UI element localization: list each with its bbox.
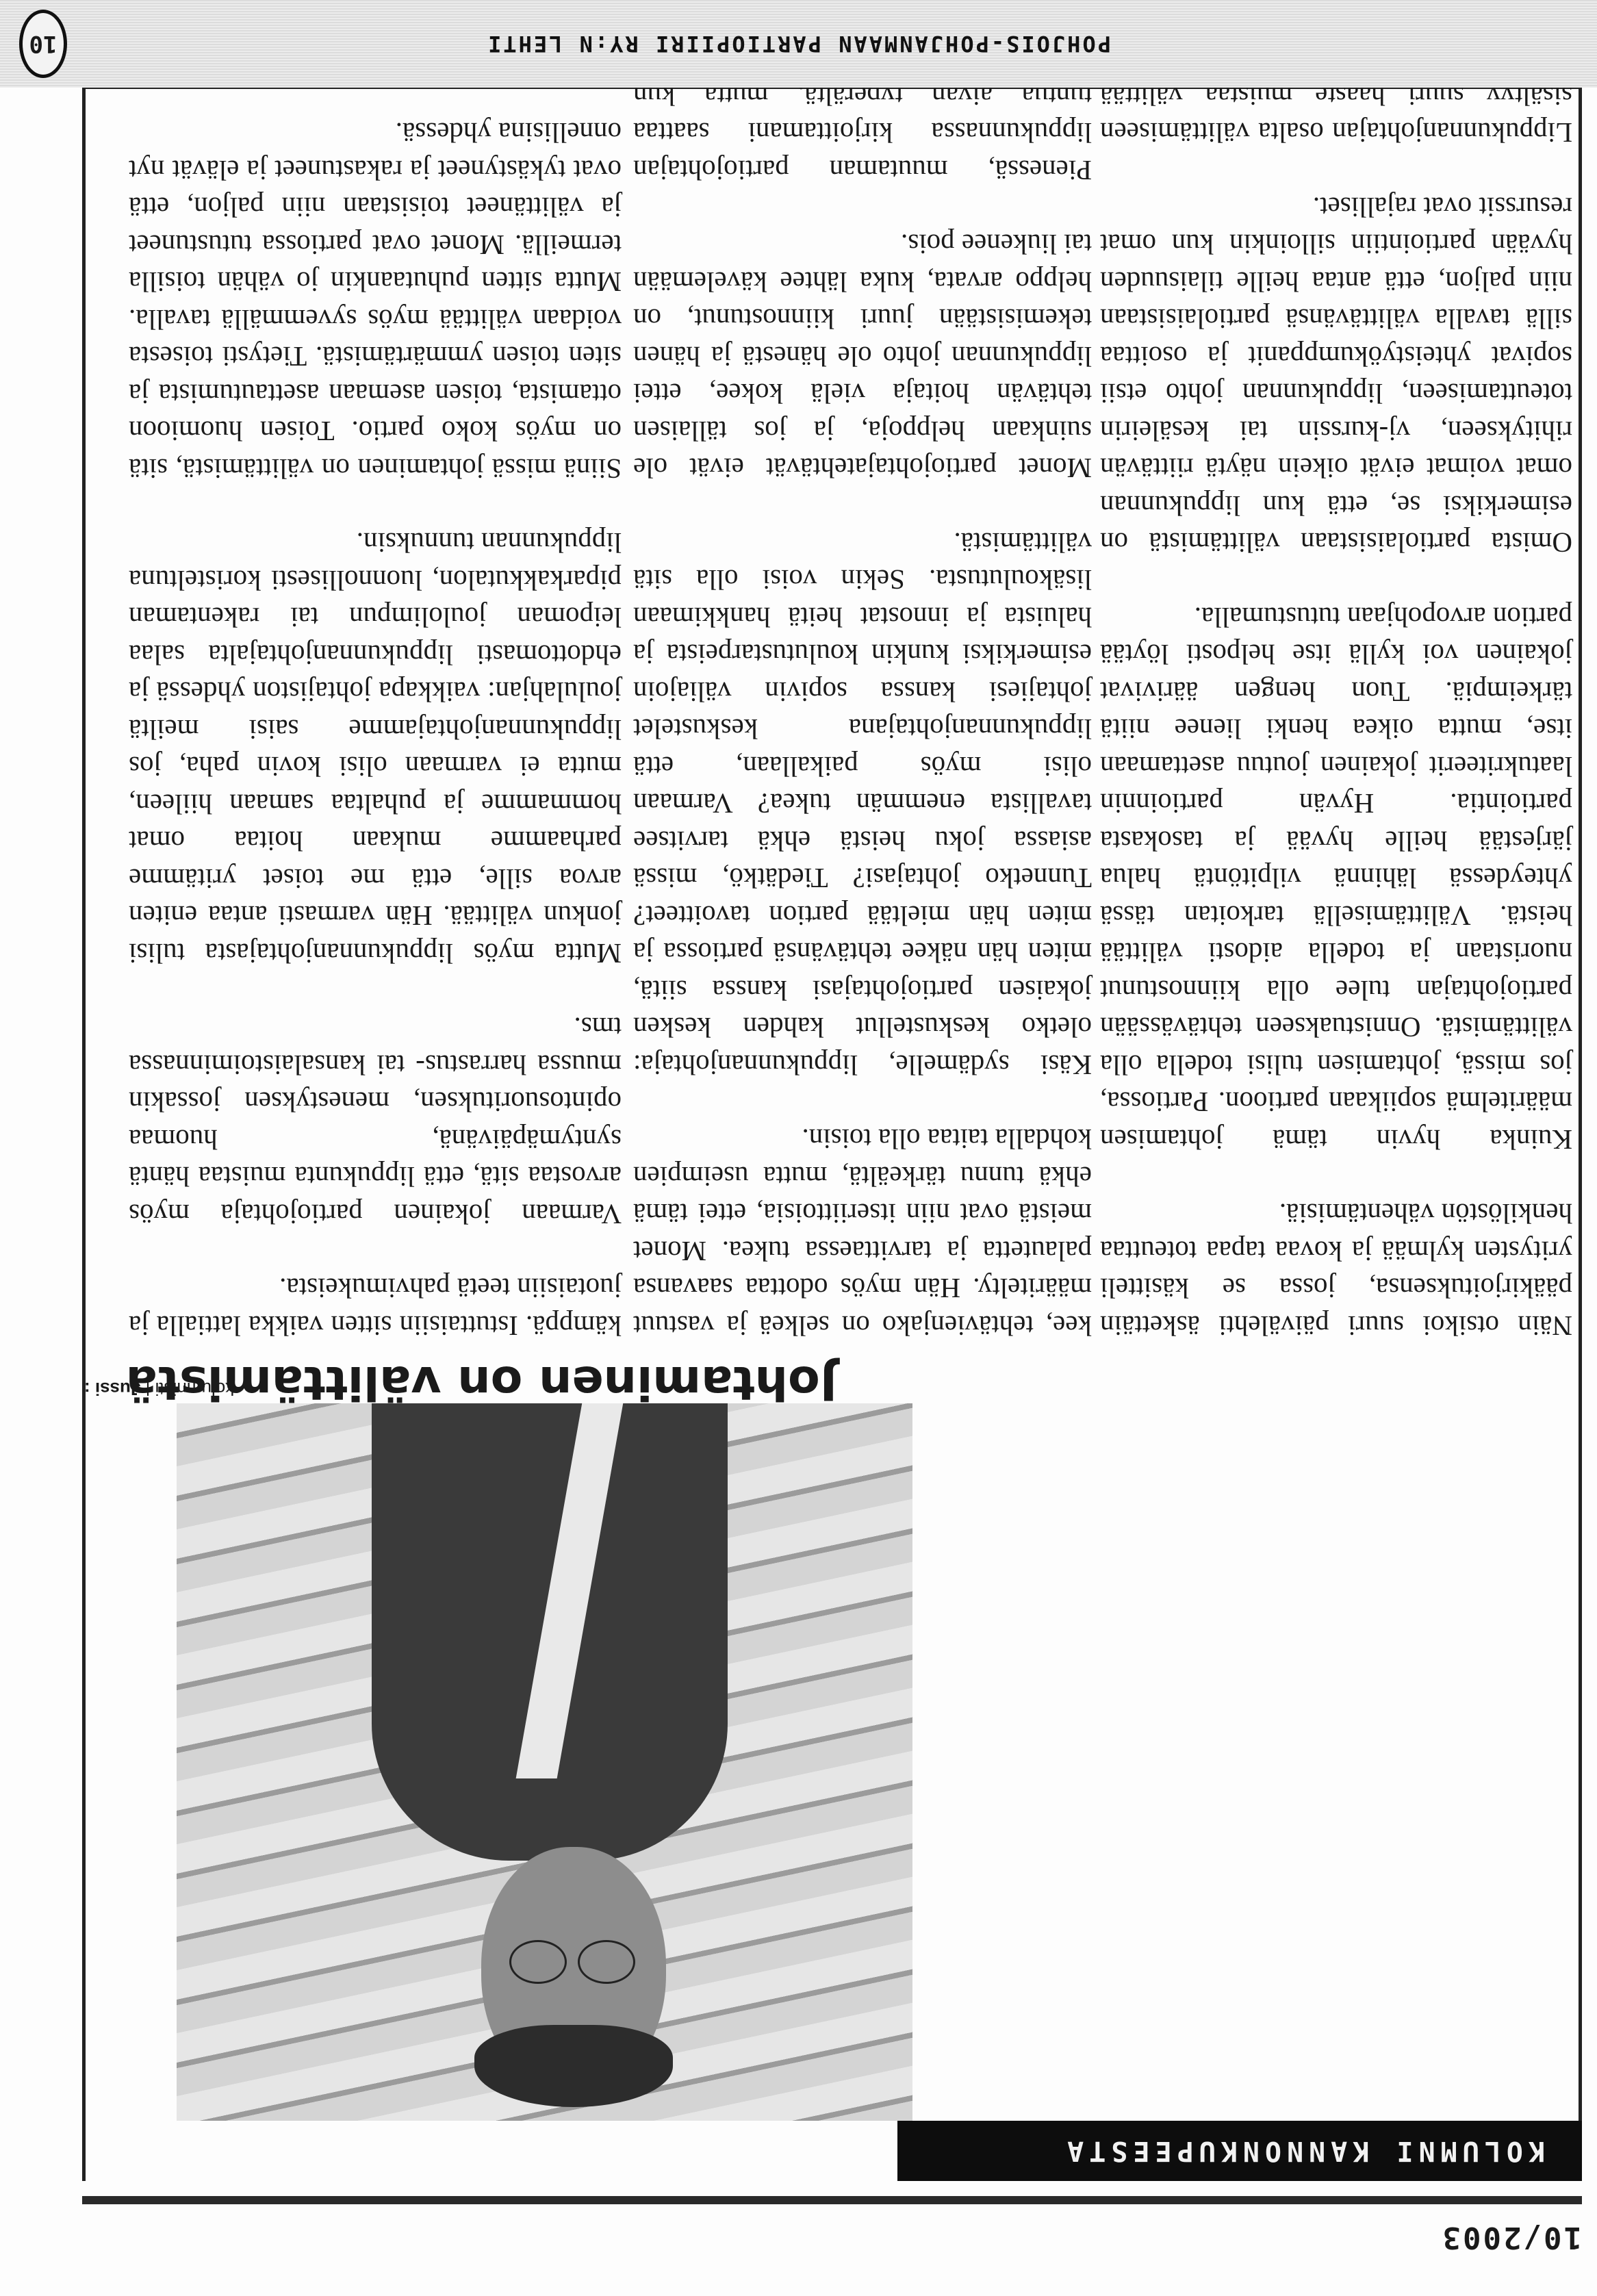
issue-number: 10/2003 <box>1441 2220 1582 2255</box>
page-number-badge: 10 <box>19 10 67 78</box>
paragraph: Näin otsikoi suuri päivälehti äskettäin … <box>1100 1195 1572 1344</box>
paragraph: Mutta myös lippukunnanjohtajasta tulisi … <box>129 524 622 972</box>
byline-label: kolumnisti | <box>146 1379 235 1399</box>
banner-title: KOLUMNI KANNONKUPEESTA <box>1062 2135 1545 2167</box>
photo-hat <box>474 2025 673 2107</box>
paragraph: Käsi sydämelle, lippukunnanjohtaja: olet… <box>633 524 1092 1084</box>
byline-author: Jussi : <box>84 1379 140 1399</box>
magazine-page-rotated-180: 10/2003 KOLUMNI KANNONKUPEESTA Johtamine… <box>0 0 1597 2296</box>
article-column-2: kee, tehtävienjako on selkeä ja vastuut … <box>633 0 1092 1344</box>
footer-band: POHJOIS-POHJANMAAN PARTIOPIIRI RY:N LEHT… <box>0 0 1597 88</box>
glasses-icon <box>505 1943 635 1984</box>
article-column-1: Näin otsikoi suuri päivälehti äskettäin … <box>1100 0 1572 1344</box>
columnist-photo <box>177 1403 912 2121</box>
byline: kolumnisti | Jussi : <box>84 1378 234 1399</box>
paragraph: Kuinka hyvin tämä johtamisen määritelmä … <box>1100 599 1572 1159</box>
page-number: 10 <box>29 30 58 58</box>
paragraph: Omista partiolaisistaan välittämistä on … <box>1100 189 1572 562</box>
paragraph: Monet partiojohtajatehtävät eivät ole su… <box>633 226 1092 487</box>
paragraph: Varmaan jokainen partiojohtaja myös arvo… <box>129 1009 622 1233</box>
column-banner: KOLUMNI KANNONKUPEESTA <box>897 2121 1582 2181</box>
paragraph: kee, tehtävienjako on selkeä ja vastuut … <box>633 1121 1092 1344</box>
paragraph: kämppä. Istuttaisiin sitten vaikka latti… <box>129 1270 622 1344</box>
paragraph: Siinä missä johtaminen on välittämistä, … <box>129 114 622 487</box>
article-column-3: kämppä. Istuttaisiin sitten vaikka latti… <box>129 77 622 1344</box>
header-rule <box>82 2196 1582 2204</box>
magazine-title: POHJOIS-POHJANMAAN PARTIOPIIRI RY:N LEHT… <box>0 31 1597 57</box>
